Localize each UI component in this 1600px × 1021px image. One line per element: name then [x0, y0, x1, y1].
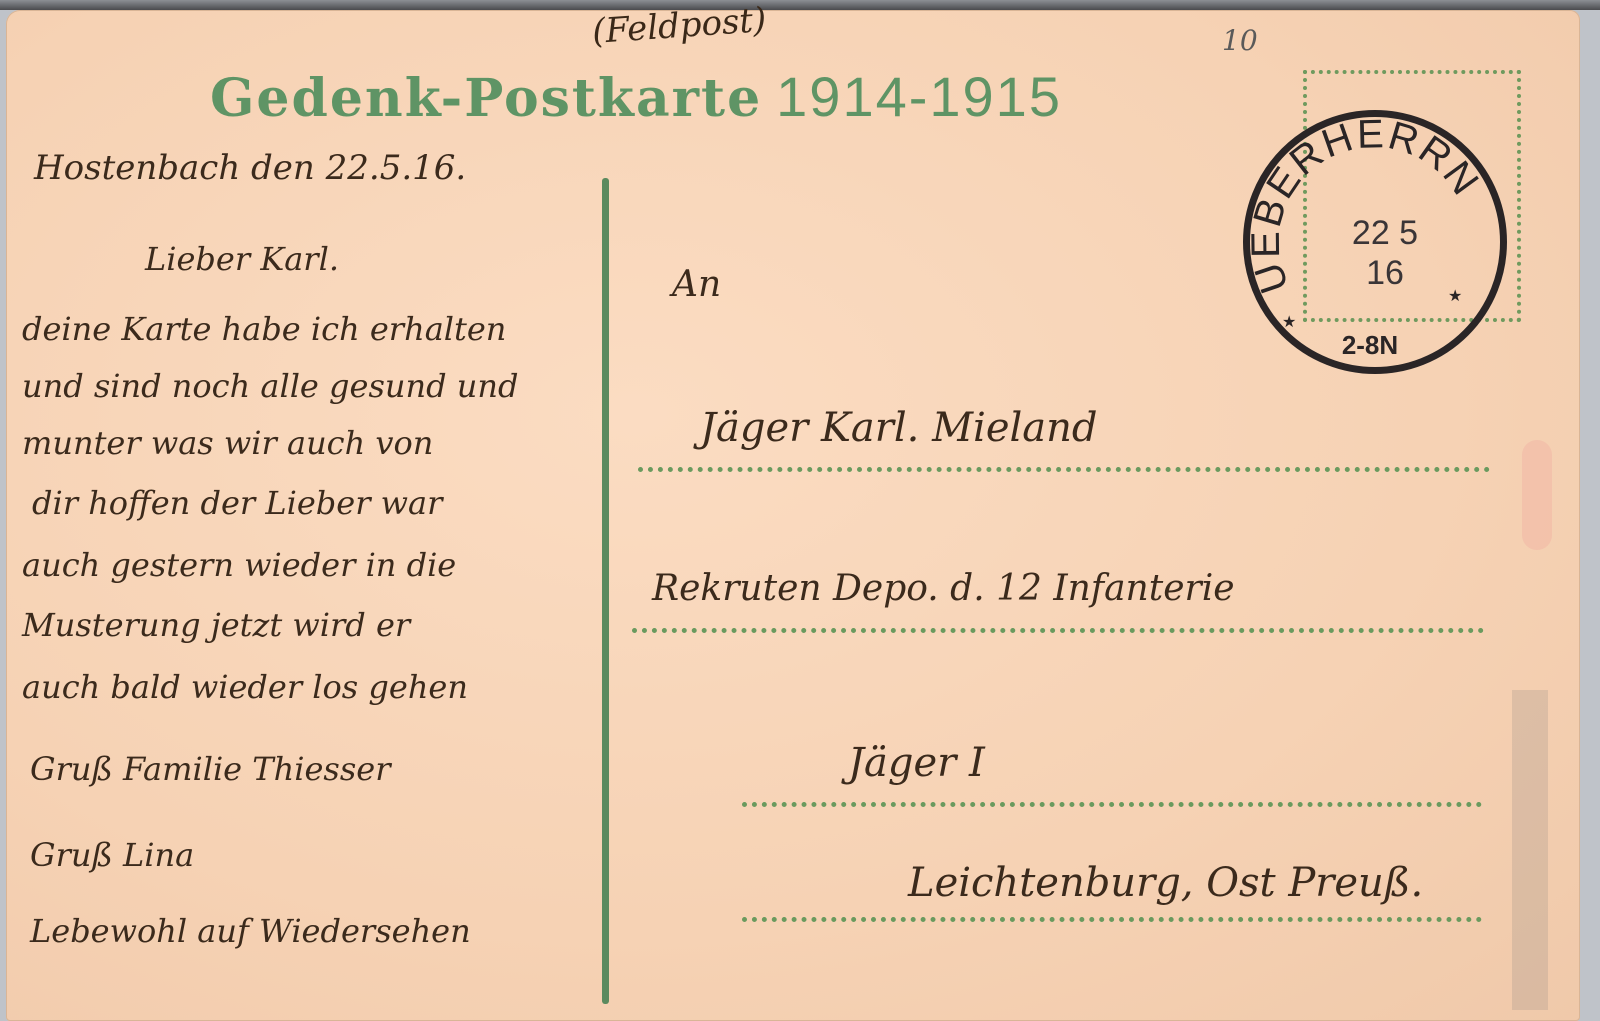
message-closing: Lebewohl auf Wiedersehen	[30, 912, 471, 950]
address-city: Leichtenburg, Ost Preuß.	[908, 860, 1423, 906]
message-line: munter was wir auch von	[22, 424, 433, 462]
postmark-star-icon: ★	[1448, 286, 1462, 305]
message-salutation: Lieber Karl.	[145, 240, 339, 278]
postmark-date: 22 5	[1325, 213, 1445, 253]
message-line: Musterung jetzt wird er	[22, 606, 410, 644]
title-text: Gedenk-Postkarte	[210, 68, 762, 129]
postcard-title: Gedenk-Postkarte1914-1915	[210, 64, 1062, 129]
message-line: dir hoffen der Lieber war	[32, 484, 442, 522]
fold-crease	[1512, 690, 1548, 1010]
stain	[1522, 440, 1552, 550]
message-line: auch gestern wieder in die	[22, 546, 456, 584]
address-unit: Rekruten Depo. d. 12 Infanterie	[652, 568, 1235, 609]
address-prefix: An	[672, 264, 721, 305]
address-dotted-line	[638, 467, 1490, 472]
message-address-divider	[602, 178, 609, 1004]
address-dotted-line	[742, 802, 1482, 807]
address-company: Jäger I	[848, 740, 985, 786]
address-recipient: Jäger Karl. Mieland	[700, 405, 1098, 451]
postmark-star-icon: ★	[1282, 312, 1296, 331]
scan-edge-shadow	[0, 0, 1600, 10]
title-years: 1914-1915	[776, 65, 1062, 128]
address-dotted-line	[742, 917, 1482, 922]
address-dotted-line	[632, 628, 1484, 633]
message-greeting: Gruß Familie Thiesser	[30, 750, 390, 788]
message-line: und sind noch alle gesund und	[22, 367, 518, 405]
message-line: auch bald wieder los gehen	[22, 668, 468, 706]
postmark-time: 2-8N	[1320, 330, 1420, 361]
postmark-year: 16	[1325, 253, 1445, 293]
corner-number: 10	[1222, 24, 1258, 57]
message-dateline: Hostenbach den 22.5.16.	[34, 148, 466, 188]
message-greeting: Gruß Lina	[30, 836, 194, 874]
message-line: deine Karte habe ich erhalten	[22, 310, 506, 348]
postmark-date-block: 22 5 16	[1325, 213, 1445, 293]
